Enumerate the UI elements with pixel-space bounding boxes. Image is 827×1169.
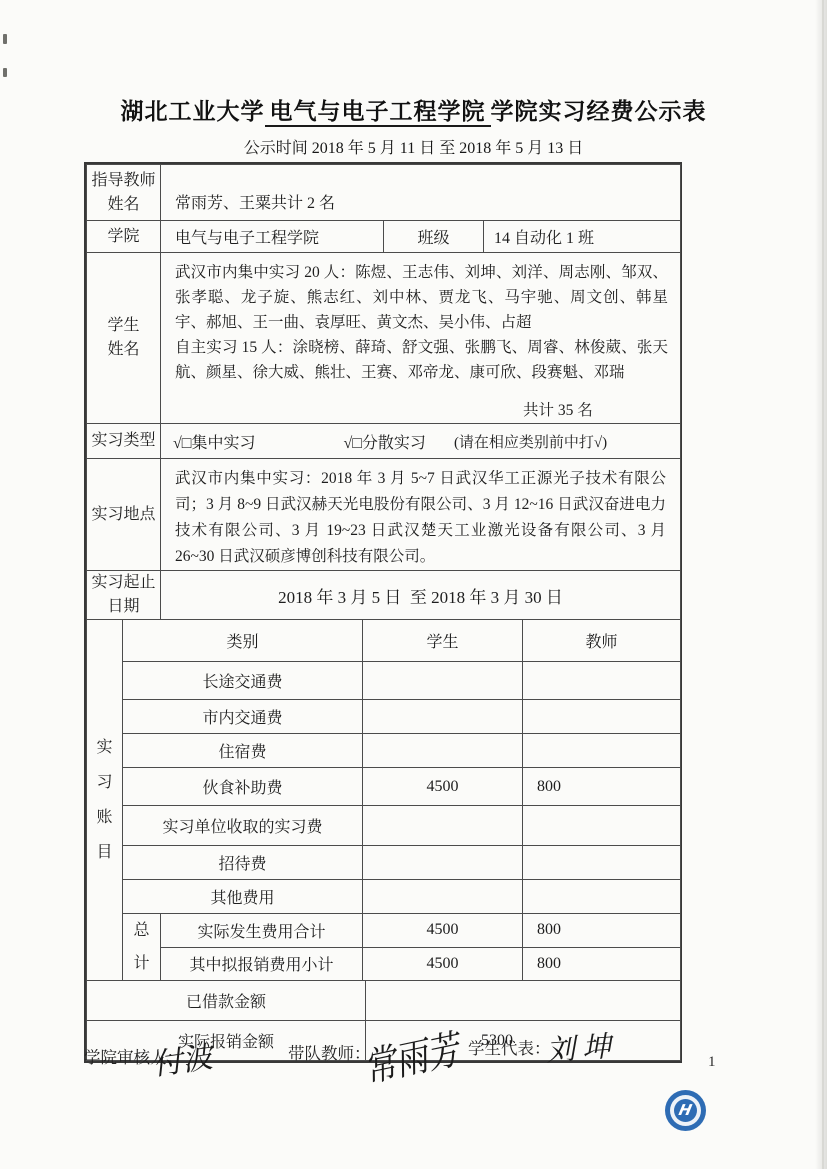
table-row: 伙食补助费 4500 800 xyxy=(87,768,681,806)
reviewer-signature: 付波 xyxy=(149,1032,215,1084)
header-teacher: 教师 xyxy=(523,620,681,662)
title-prefix: 湖北工业大学 xyxy=(121,99,265,125)
table-row: 实习起止 日期 2018 年 3 月 5 日 至 2018 年 3 月 30 日 xyxy=(87,571,681,620)
fee-category: 招待费 xyxy=(123,846,363,880)
fee-category: 其他费用 xyxy=(123,880,363,914)
check-mark: √ xyxy=(343,435,352,452)
advisor-value-cell: 常雨芳、王粟共计 2 名 xyxy=(161,165,681,221)
general-info-table: 指导教师 姓名 常雨芳、王粟共计 2 名 学院 电气与电子工程学院 班级 14 … xyxy=(86,164,681,620)
fee-teacher-value xyxy=(523,806,681,846)
scanned-form-page: 湖北工业大学电气与电子工程学院学院实习经费公示表 公示时间 2018 年 5 月… xyxy=(0,0,827,1169)
dates-label-line2: 日期 xyxy=(87,595,160,619)
fee-category: 市内交通费 xyxy=(123,700,363,734)
table-row: 实习账目 类别 学生 教师 xyxy=(87,620,681,662)
table-row: 招待费 xyxy=(87,846,681,880)
class-value-cell: 14 自动化 1 班 xyxy=(484,221,681,253)
check-mark: √ xyxy=(173,435,182,452)
total-category: 其中拟报销费用小计 xyxy=(161,947,363,981)
fee-teacher-value xyxy=(523,846,681,880)
borrowed-label-cell: 已借款金额 xyxy=(87,981,366,1021)
table-row: 其他费用 xyxy=(87,880,681,914)
total-category: 实际发生费用合计 xyxy=(161,914,363,948)
accounts-table: 实习账目 类别 学生 教师 长途交通费 市内交通费 住宿费 xyxy=(86,619,681,981)
fee-student-value xyxy=(363,734,523,768)
students-label-cell: 学生 姓名 xyxy=(87,253,161,424)
fee-category: 实习单位收取的实习费 xyxy=(123,806,363,846)
fee-student-value xyxy=(363,846,523,880)
table-row: 长途交通费 xyxy=(87,662,681,700)
type-hint: (请在相应类别前中打√) xyxy=(454,431,607,452)
lead-teacher-label: 带队教师： xyxy=(288,1040,371,1064)
fee-category: 长途交通费 xyxy=(123,662,363,700)
fee-teacher-value xyxy=(523,700,681,734)
dates-value-cell: 2018 年 3 月 5 日 至 2018 年 3 月 30 日 xyxy=(161,571,681,620)
students-label-line1: 学生 xyxy=(87,314,160,338)
type-option-label: 集中实习 xyxy=(191,435,255,452)
advisor-label-cell: 指导教师 姓名 xyxy=(87,165,161,221)
students-group2: 自主实习 15 人：涂晓榜、薛琦、舒文强、张鹏飞、周睿、林俊葳、张天航、颜星、徐… xyxy=(175,335,668,385)
scan-speck xyxy=(3,34,7,44)
fee-category: 伙食补助费 xyxy=(123,768,363,806)
table-row: 市内交通费 xyxy=(87,700,681,734)
logo-core: H xyxy=(674,1099,697,1122)
class-label-cell: 班级 xyxy=(384,221,484,253)
total-label: 总计 xyxy=(132,914,152,980)
publicity-time: 公示时间 2018 年 5 月 11 日 至 2018 年 5 月 13 日 xyxy=(0,135,827,158)
advisor-label-line2: 姓名 xyxy=(87,193,160,217)
table-row: 其中拟报销费用小计 4500 800 xyxy=(87,947,681,981)
table-row: 学生 姓名 武汉市内集中实习 20 人：陈煜、王志伟、刘坤、刘洋、周志刚、邹双、… xyxy=(87,253,681,424)
students-value-cell: 武汉市内集中实习 20 人：陈煜、王志伟、刘坤、刘洋、周志刚、邹双、张孝聪、龙子… xyxy=(161,253,681,424)
table-row: 实习单位收取的实习费 xyxy=(87,806,681,846)
type-option-centralized: √□集中实习 xyxy=(173,430,255,453)
scan-speck xyxy=(3,68,7,77)
accounts-side-label: 实习账目 xyxy=(95,730,115,870)
fee-teacher-value xyxy=(523,662,681,700)
header-category: 类别 xyxy=(123,620,363,662)
table-row: 指导教师 姓名 常雨芳、王粟共计 2 名 xyxy=(87,165,681,221)
logo-letter: H xyxy=(678,1103,694,1118)
dates-label-cell: 实习起止 日期 xyxy=(87,571,161,620)
college-label-cell: 学院 xyxy=(87,221,161,253)
scan-edge-shadow xyxy=(815,0,827,1169)
students-total: 共计 35 名 xyxy=(523,398,668,423)
fee-student-value: 4500 xyxy=(363,768,523,806)
title-suffix: 学院实习经费公示表 xyxy=(491,99,707,125)
scan-edge-line xyxy=(822,0,824,1169)
checkbox-icon: □ xyxy=(352,435,362,452)
table-row: 已借款金额 xyxy=(87,981,681,1021)
university-logo: H xyxy=(665,1090,706,1131)
table-row: 学院 电气与电子工程学院 班级 14 自动化 1 班 xyxy=(87,221,681,253)
total-student-value: 4500 xyxy=(363,947,523,981)
header-student: 学生 xyxy=(363,620,523,662)
fee-student-value xyxy=(363,700,523,734)
fee-student-value xyxy=(363,662,523,700)
borrowed-value-cell xyxy=(366,981,681,1021)
location-label-cell: 实习地点 xyxy=(87,459,161,571)
students-label-line2: 姓名 xyxy=(87,338,160,362)
page-number: 1 xyxy=(708,1054,716,1071)
type-label-cell: 实习类型 xyxy=(87,424,161,459)
table-row: 实习类型 √□集中实习 √□分散实习 (请在相应类别前中打√) xyxy=(87,424,681,459)
total-student-value: 4500 xyxy=(363,914,523,948)
advisor-label-line1: 指导教师 xyxy=(87,169,160,193)
total-teacher-value: 800 xyxy=(523,947,681,981)
fee-teacher-value xyxy=(523,880,681,914)
checkbox-icon: □ xyxy=(182,435,192,452)
type-value-cell: √□集中实习 √□分散实习 (请在相应类别前中打√) xyxy=(161,424,681,459)
page-title: 湖北工业大学电气与电子工程学院学院实习经费公示表 xyxy=(0,93,827,126)
table-row: 住宿费 xyxy=(87,734,681,768)
table-row: 实习地点 武汉市内集中实习：2018 年 3 月 5~7 日武汉华工正源光子技术… xyxy=(87,459,681,571)
total-teacher-value: 800 xyxy=(523,914,681,948)
fee-student-value xyxy=(363,806,523,846)
title-underlined-college: 电气与电子工程学院 xyxy=(265,99,491,127)
type-option-label: 分散实习 xyxy=(362,435,426,452)
student-rep-label: 学生代表： xyxy=(468,1035,551,1059)
accounts-side-label-cell: 实习账目 xyxy=(87,620,123,981)
table-row: 总计 实际发生费用合计 4500 800 xyxy=(87,914,681,948)
fee-category: 住宿费 xyxy=(123,734,363,768)
form-table: 指导教师 姓名 常雨芳、王粟共计 2 名 学院 电气与电子工程学院 班级 14 … xyxy=(84,162,682,1063)
total-label-cell: 总计 xyxy=(123,914,161,981)
students-group1: 武汉市内集中实习 20 人：陈煜、王志伟、刘坤、刘洋、周志刚、邹双、张孝聪、龙子… xyxy=(175,260,668,335)
fee-student-value xyxy=(363,880,523,914)
college-value-cell: 电气与电子工程学院 xyxy=(161,221,384,253)
fee-teacher-value: 800 xyxy=(523,768,681,806)
dates-label-line1: 实习起止 xyxy=(87,571,160,595)
type-option-dispersed: √□分散实习 xyxy=(343,430,425,453)
fee-teacher-value xyxy=(523,734,681,768)
student-rep-signature: 刘坤 xyxy=(545,1024,620,1070)
location-value-cell: 武汉市内集中实习：2018 年 3 月 5~7 日武汉华工正源光子技术有限公司；… xyxy=(161,459,681,571)
